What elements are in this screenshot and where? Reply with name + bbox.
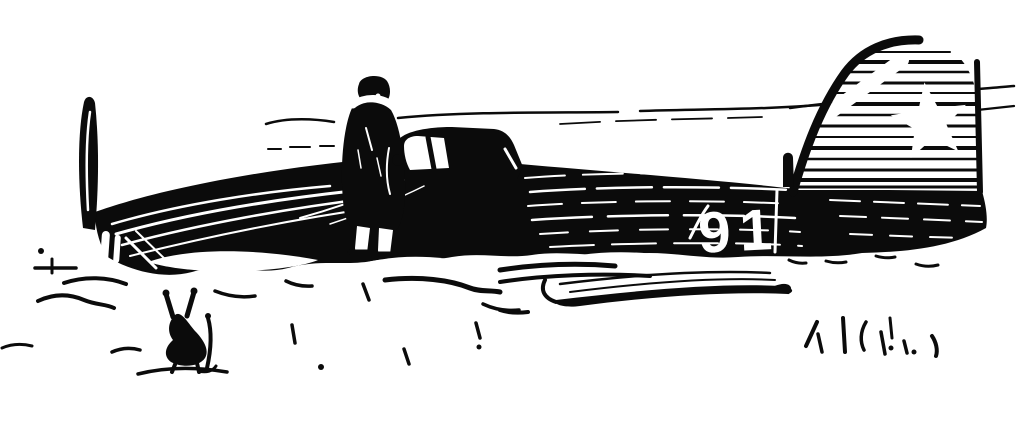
snow-stroke [826,261,846,263]
snow-dot [318,364,324,370]
tail-post [783,153,794,187]
snow-dot [38,248,44,254]
cockpit-canopy [391,127,523,179]
snow-stroke [876,256,895,258]
hare-ear-tip [191,288,198,295]
scene-illustration: 91 [0,0,1018,422]
pilot-face-highlight [376,94,381,99]
tail-number: 91 [697,197,783,266]
tail-number-gap-line [775,190,777,252]
snow-dot [477,345,482,350]
grass-dot [912,350,917,355]
grass-dot [889,346,894,351]
illustration-canvas: 91 [0,0,1018,422]
grass-blade [890,318,892,338]
hare-ear-tip [163,290,170,297]
pilot-coat [342,102,405,232]
pilot-map-case [392,154,404,166]
plant-stalk-bud [205,313,211,319]
pilot-foot-shadows [350,252,396,254]
fin-trailing-edge [977,62,980,192]
grass-blade [843,318,845,352]
